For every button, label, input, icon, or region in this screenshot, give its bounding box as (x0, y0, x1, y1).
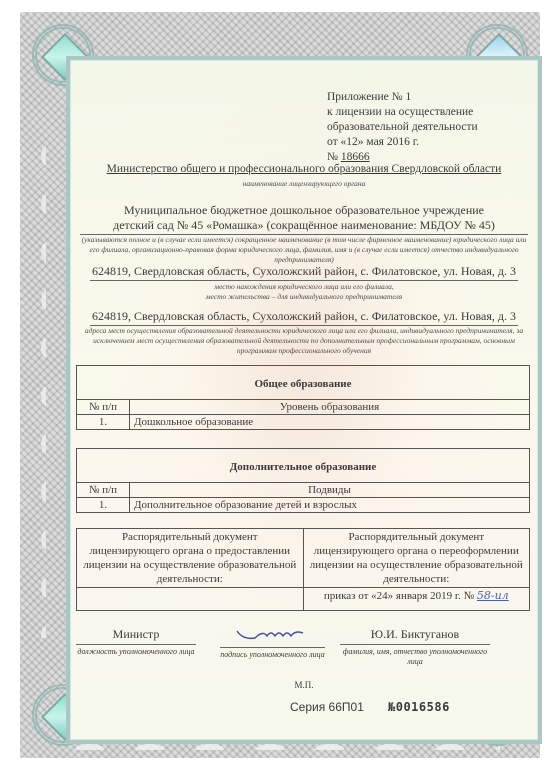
signature-field: подпись уполномоченного лица (220, 627, 325, 660)
signatory-name: Ю.И. Биктуганов фамилия, имя, отчество у… (340, 627, 490, 667)
reissue-decree-value: приказ от «24» января 2019 г. № 58-ил (303, 588, 530, 611)
appendix-title: Приложение № 1 (327, 90, 478, 105)
grant-decree-label: Распорядительный документ лицензирующего… (77, 529, 304, 588)
handwritten-signature-icon (233, 627, 313, 641)
additional-education-table: Дополнительное образование № п/п Подвиды… (76, 448, 530, 513)
organization-name: Муниципальное бюджетное дошкольное образ… (80, 203, 528, 235)
reissue-decree-number: 58-ил (477, 589, 509, 602)
appendix-header: Приложение № 1 к лицензии на осуществлен… (327, 90, 478, 165)
stamp-place: М.П. (70, 680, 538, 690)
column-header-subtypes: Подвиды (130, 483, 530, 498)
activity-address-hint: адреса мест осуществления образовательно… (80, 326, 528, 356)
licensing-authority: Министерство общего и профессионального … (80, 163, 528, 175)
reissue-decree-label: Распорядительный документ лицензирующего… (303, 529, 530, 588)
appendix-line: образовательной деятельности (327, 120, 478, 135)
activity-address: 624819, Свердловская область, Сухоложски… (90, 309, 518, 326)
decree-table: Распорядительный документ лицензирующего… (76, 528, 530, 611)
column-header-level: Уровень образования (130, 400, 530, 415)
column-header-number: № п/п (77, 400, 130, 415)
form-series: Серия 66П01 (290, 700, 364, 714)
document-body: Приложение № 1 к лицензии на осуществлен… (66, 56, 542, 744)
column-header-number: № п/п (77, 483, 130, 498)
licensing-authority-hint: наименование лицензирующего органа (80, 179, 528, 189)
signatory-position: Министр должность уполномоченного лица (76, 627, 196, 657)
form-number: №0016586 (388, 700, 450, 714)
appendix-line: к лицензии на осуществление (327, 105, 478, 120)
additional-education-title: Дополнительное образование (77, 449, 530, 483)
appendix-date: от «12» мая 2016 г. (327, 135, 478, 150)
guilloche-band-left (24, 132, 46, 638)
legal-address: 624819, Свердловская область, Сухоложски… (90, 264, 518, 281)
legal-address-hint: место нахождения юридического лица или е… (80, 282, 528, 302)
table-row: 1. Дошкольное образование (77, 415, 530, 430)
table-row: 1. Дополнительное образование детей и вз… (77, 498, 530, 513)
general-education-title: Общее образование (77, 366, 530, 400)
general-education-table: Общее образование № п/п Уровень образова… (76, 365, 530, 430)
license-number-value: 18666 (341, 151, 370, 163)
license-appendix-sheet: Приложение № 1 к лицензии на осуществлен… (20, 12, 540, 758)
grant-decree-value (77, 588, 304, 611)
organization-hint: (указываются полное и (в случае если име… (80, 235, 528, 265)
